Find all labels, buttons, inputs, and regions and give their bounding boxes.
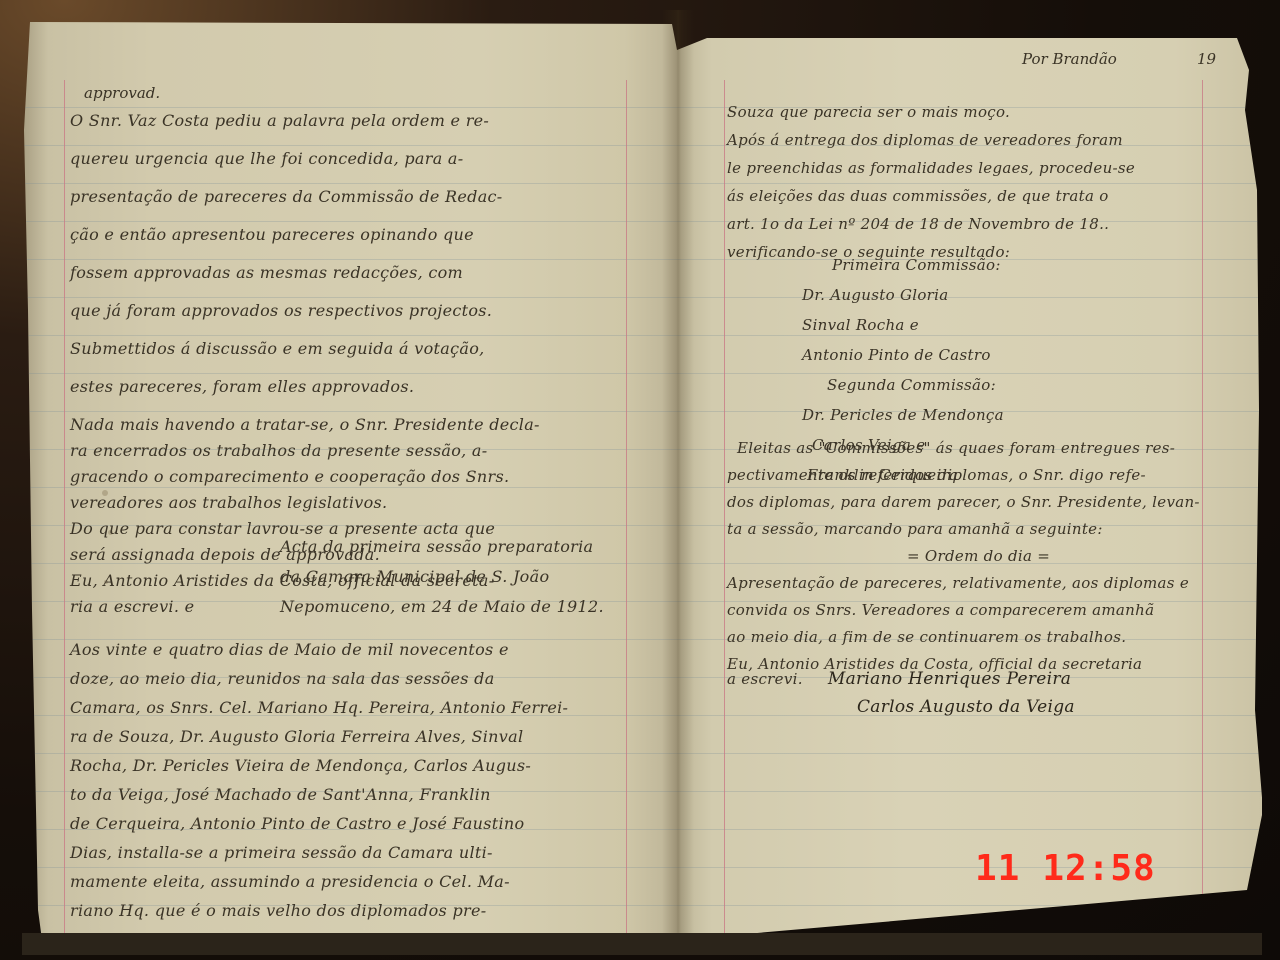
- top-fragment: approvad.: [84, 84, 160, 102]
- text-line: to da Veiga, José Machado de Sant'Anna, …: [70, 780, 568, 809]
- text-line: ra de Souza, Dr. Augusto Gloria Ferreira…: [70, 722, 568, 751]
- text-line: vereadores aos trabalhos legislativos.: [70, 484, 540, 510]
- heading-line: Acta da primeira sessão preparatoria: [70, 532, 604, 562]
- text-line: Submettidos á discussão e em seguida á v…: [70, 330, 540, 368]
- text-line: Apresentação de pareceres, relativamente…: [727, 570, 1200, 597]
- text-line: Nada mais havendo a tratar-se, o Snr. Pr…: [70, 406, 540, 432]
- text-line: estes pareceres, foram elles approvados.: [70, 368, 540, 406]
- text-line: ção e então apresentou pareceres opinand…: [70, 216, 540, 254]
- committee-member: Antonio Pinto de Castro: [727, 340, 1004, 370]
- text-line: Após á entrega dos diplomas de vereadore…: [727, 126, 1135, 154]
- text-line: riano Hq. que é o mais velho dos diploma…: [70, 896, 568, 925]
- committee-1-title: Primeira Commissão:: [727, 250, 1004, 280]
- committee-member: Dr. Augusto Gloria: [727, 280, 1004, 310]
- heading-line: Nepomuceno, em 24 de Maio de 1912.: [70, 592, 604, 622]
- text-line: mamente eleita, assumindo a presidencia …: [70, 867, 568, 896]
- text-line: Dias, installa-se a primeira sessão da C…: [70, 838, 568, 867]
- text-line: ao meio dia, a fim de se continuarem os …: [727, 624, 1200, 651]
- camera-timestamp: 1112:58: [975, 848, 1178, 889]
- text-line: Camara, os Snrs. Cel. Mariano Hq. Pereir…: [70, 693, 568, 722]
- text-line: art. 1o da Lei nº 204 de 18 de Novembro …: [727, 210, 1135, 238]
- committee-member: Sinval Rocha e: [727, 310, 1004, 340]
- final-line: a escrevi.: [727, 670, 803, 688]
- text-line: quereu urgencia que lhe foi concedida, p…: [70, 140, 540, 178]
- committee-2-title: Segunda Commissão:: [727, 370, 1004, 400]
- heading-line: da Camara Municipal de S. João: [70, 562, 604, 592]
- right-page: Por Brandão 19 Souza que parecia ser o m…: [677, 10, 1262, 955]
- page-number: 19: [1197, 50, 1216, 68]
- agenda-title: = Ordem do dia =: [727, 543, 1200, 570]
- text-line: gracendo o comparecimento e cooperação d…: [70, 458, 540, 484]
- text-line: fossem approvadas as mesmas redacções, c…: [70, 254, 540, 292]
- right-margin-rule: [626, 80, 627, 935]
- left-page-text-block-2: Aos vinte e quatro dias de Maio de mil n…: [70, 635, 568, 954]
- left-page: approvad. O Snr. Vaz Costa pediu a palav…: [22, 10, 677, 955]
- text-line: convida os Snrs. Vereadores a comparecer…: [727, 597, 1200, 624]
- committee-member: Dr. Pericles de Mendonça: [727, 400, 1004, 430]
- signature: Carlos Augusto da Veiga: [727, 693, 1075, 721]
- timestamp-time: 12:58: [1042, 848, 1155, 889]
- open-ledger-book: approvad. O Snr. Vaz Costa pediu a palav…: [22, 10, 1262, 955]
- right-margin-rule: [1202, 80, 1203, 935]
- text-line: Souza que parecia ser o mais moço.: [727, 98, 1135, 126]
- right-page-text-block-1: Souza que parecia ser o mais moço. Após …: [727, 98, 1135, 266]
- left-margin-rule: [64, 80, 65, 935]
- book-binding-edge: [22, 933, 1262, 955]
- page-header-note: Por Brandão: [1022, 50, 1117, 68]
- left-margin-rule: [724, 80, 725, 935]
- timestamp-day: 11: [975, 848, 1020, 889]
- book-gutter: [662, 10, 694, 955]
- text-line: ás eleições das duas commissões, de que …: [727, 182, 1135, 210]
- text-line: dos diplomas, para darem parecer, o Snr.…: [727, 489, 1200, 516]
- session-heading: Acta da primeira sessão preparatoria da …: [70, 532, 604, 622]
- signature: Mariano Henriques Pereira: [828, 669, 1071, 689]
- text-line: Aos vinte e quatro dias de Maio de mil n…: [70, 635, 568, 664]
- signature-block: a escrevi. Mariano Henriques Pereira Car…: [727, 665, 1075, 721]
- text-line: Rocha, Dr. Pericles Vieira de Mendonça, …: [70, 751, 568, 780]
- text-line: presentação de pareceres da Commissão de…: [70, 178, 540, 216]
- text-line: Eleitas as "Commissões" ás quaes foram e…: [727, 435, 1200, 462]
- text-line: O Snr. Vaz Costa pediu a palavra pela or…: [70, 102, 540, 140]
- right-page-text-block-2: Eleitas as "Commissões" ás quaes foram e…: [727, 435, 1200, 678]
- text-line: ra encerrados os trabalhos da presente s…: [70, 432, 540, 458]
- text-line: pectivamente os referidos diplomas, o Sn…: [727, 462, 1200, 489]
- text-line: ta a sessão, marcando para amanhã a segu…: [727, 516, 1200, 543]
- text-line: de Cerqueira, Antonio Pinto de Castro e …: [70, 809, 568, 838]
- text-line: que já foram approvados os respectivos p…: [70, 292, 540, 330]
- text-line: le preenchidas as formalidades legaes, p…: [727, 154, 1135, 182]
- text-line: doze, ao meio dia, reunidos na sala das …: [70, 664, 568, 693]
